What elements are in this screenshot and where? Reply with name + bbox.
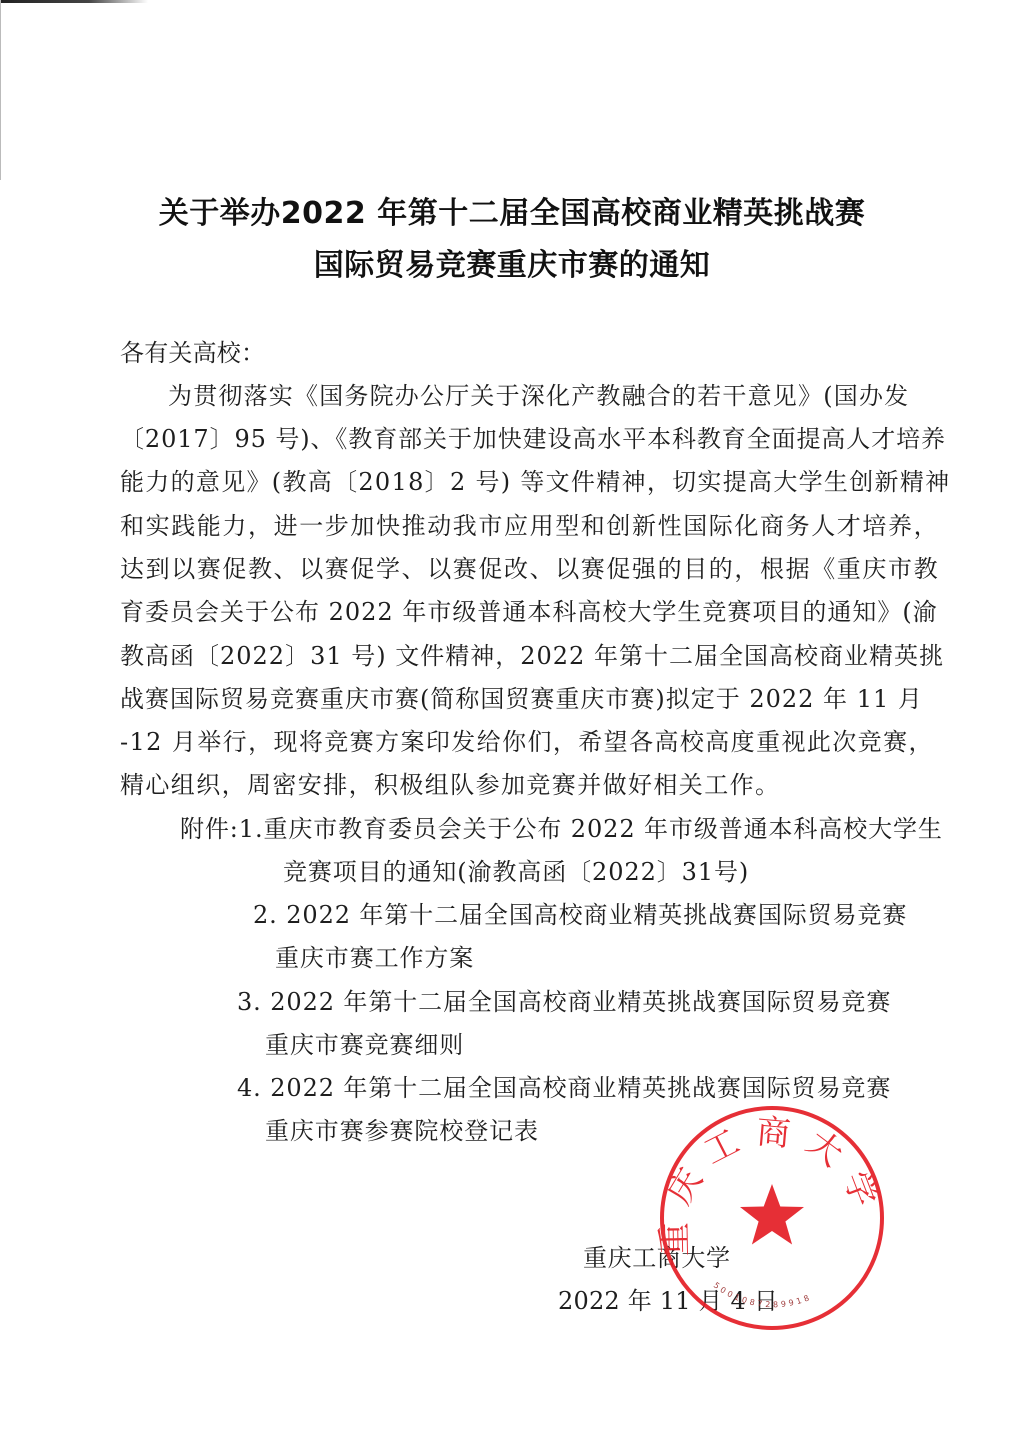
body-line: 精心组织，周密安排，积极组队参加竞赛并做好相关工作。: [120, 769, 780, 801]
body-line: 能力的意见》(教高〔2018〕2 号) 等文件精神，切实提高大学生创新精神: [120, 466, 950, 498]
attachment-item-2-cont: 重庆市赛工作方案: [275, 942, 474, 974]
salutation: 各有关高校：: [120, 337, 265, 369]
body-line: -12 月举行，现将竞赛方案印发给你们，希望各高校高度重视此次竞赛，: [120, 726, 934, 758]
attachment-item-4: 4. 2022 年第十二届全国高校商业精英挑战赛国际贸易竞赛: [237, 1072, 891, 1104]
attachment-item-2: 2. 2022 年第十二届全国高校商业精英挑战赛国际贸易竞赛: [253, 899, 907, 931]
body-line: 〔2017〕95 号)、《教育部关于加快建设高水平本科教育全面提高人才培养: [120, 423, 946, 455]
body-line: 为贯彻落实《国务院办公厅关于深化产教融合的若干意见》(国办发: [168, 380, 909, 412]
attachment-item-1-cont: 竞赛项目的通知(渝教高函〔2022〕31号): [283, 856, 749, 888]
seal-serial-path: 5001087289918: [712, 1281, 813, 1310]
body-line: 和实践能力，进一步加快推动我市应用型和创新性国际化商务人才培养，: [120, 510, 939, 542]
attachment-item-3: 3. 2022 年第十二届全国高校商业精英挑战赛国际贸易竞赛: [237, 986, 891, 1018]
scan-edge-artifact-left: [0, 0, 1, 180]
document-title-line-2: 国际贸易竞赛重庆市赛的通知: [0, 240, 1024, 284]
attachment-item-4-cont: 重庆市赛参赛院校登记表: [265, 1115, 539, 1147]
document-title-line-1: 关于举办2022 年第十二届全国高校商业精英挑战赛: [0, 188, 1024, 232]
attachment-item-1: 附件:1.重庆市教育委员会关于公布 2022 年市级普通本科高校大学生: [180, 813, 943, 845]
attachment-item-3-cont: 重庆市赛竞赛细则: [265, 1029, 464, 1061]
body-line: 战赛国际贸易竞赛重庆市赛(简称国贸赛重庆市赛)拟定于 2022 年 11 月: [120, 683, 923, 715]
official-seal: 重庆工商大学 5001087289918 5001087289918: [656, 1102, 888, 1334]
body-line: 达到以赛促教、以赛促学、以赛促改、以赛促强的目的，根据《重庆市教: [120, 553, 939, 585]
body-line: 教高函〔2022〕31 号) 文件精神，2022 年第十二届全国高校商业精英挑: [120, 640, 944, 672]
star-icon: [740, 1184, 804, 1245]
scan-edge-artifact: [0, 0, 148, 3]
body-line: 育委员会关于公布 2022 年市级普通本科高校大学生竞赛项目的通知》(渝: [120, 596, 938, 628]
